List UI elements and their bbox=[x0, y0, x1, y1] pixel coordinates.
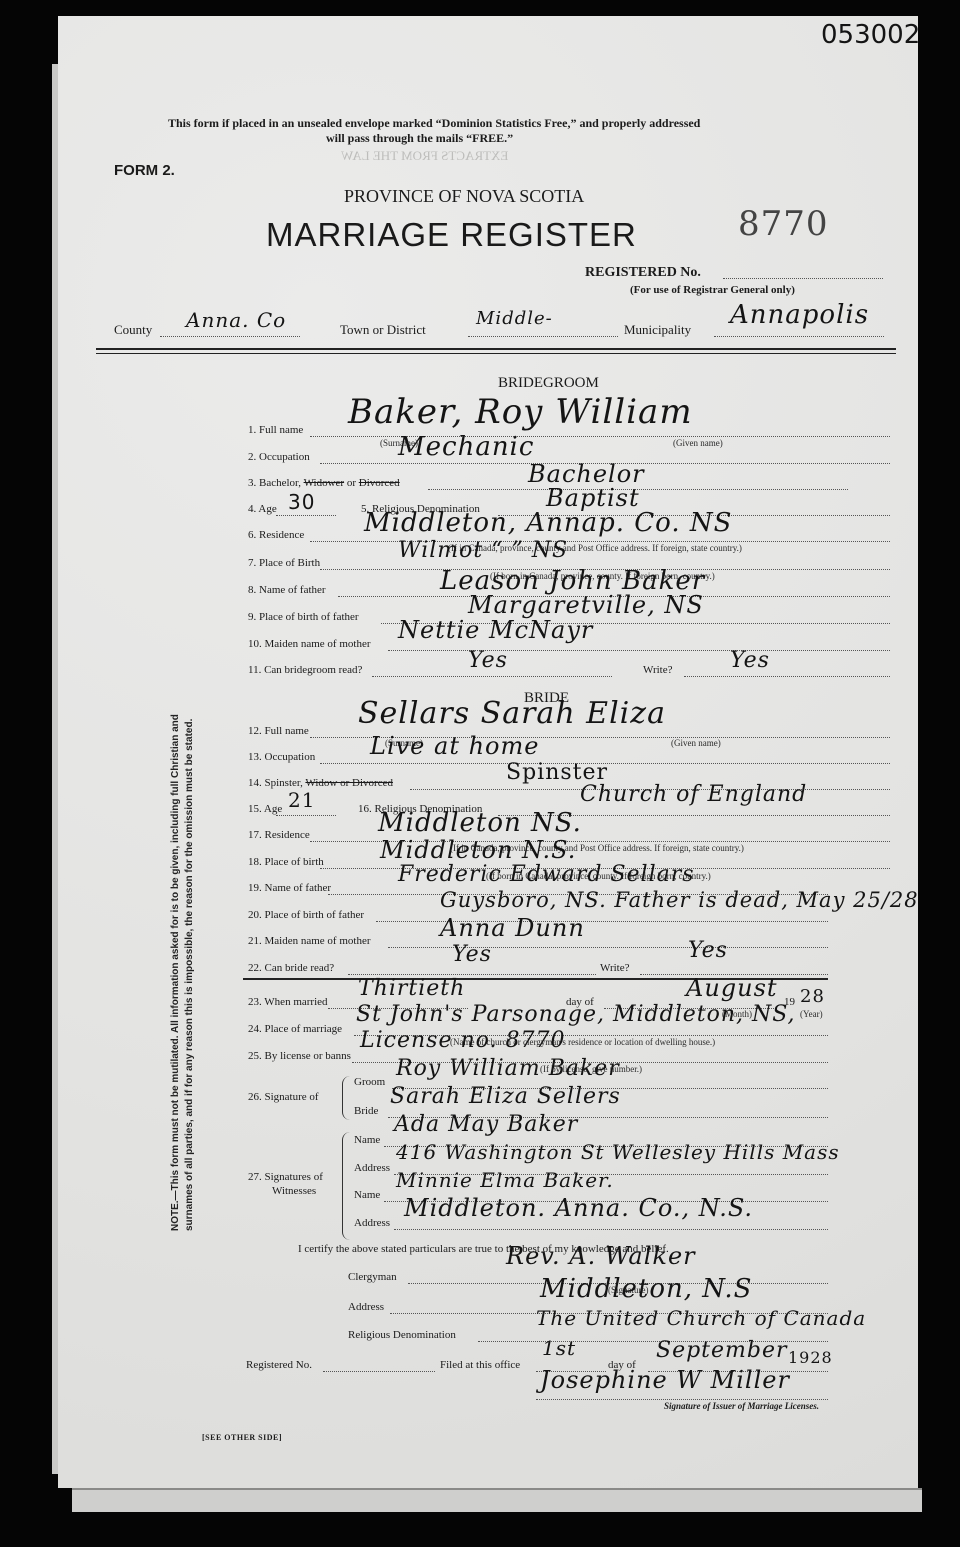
bride-residence-value: Middleton NS. bbox=[378, 808, 582, 838]
registered-no-note: (For use of Registrar General only) bbox=[630, 284, 795, 296]
marriage-register-form: 053002 This form if placed in an unseale… bbox=[58, 16, 918, 1488]
witness1-name-value: Ada May Baker bbox=[394, 1112, 578, 1137]
groom-birthplace-value: Wilmot “ ” NS bbox=[398, 538, 568, 563]
place-of-marriage-label: 24. Place of marriage bbox=[248, 1023, 342, 1035]
clergyman-denomination-label: Religious Denomination bbox=[348, 1329, 456, 1341]
bleed-through-text: EXTRACTS FROM THE LAW bbox=[341, 148, 508, 164]
bride-birthplace-label: 18. Place of birth bbox=[248, 856, 324, 868]
province-heading: PROVINCE OF NOVA SCOTIA bbox=[344, 186, 584, 207]
dotted-line bbox=[372, 676, 612, 677]
dotted-line bbox=[394, 1229, 828, 1230]
place-of-marriage-value: St John's Parsonage, Middleton, NS, bbox=[356, 1002, 796, 1027]
bride-age-value: 21 bbox=[288, 788, 315, 812]
county-line bbox=[160, 336, 300, 337]
postal-notice-line1: This form if placed in an unsealed envel… bbox=[168, 116, 700, 131]
municipality-line bbox=[714, 336, 884, 337]
filed-label: Filed at this office bbox=[440, 1359, 520, 1371]
dotted-line bbox=[276, 815, 336, 816]
dotted-line bbox=[310, 436, 890, 437]
municipality-value: Annapolis bbox=[730, 300, 869, 330]
issuer-signature-value: Josephine W Miller bbox=[540, 1366, 790, 1394]
dotted-line bbox=[536, 1399, 828, 1400]
bride-father-name-value: Frederic Edward Sellars bbox=[398, 862, 695, 887]
page-title: MARRIAGE REGISTER bbox=[266, 216, 637, 254]
bride-full-name-label: 12. Full name bbox=[248, 725, 309, 737]
bride-full-name-value: Sellars Sarah Eliza bbox=[358, 696, 666, 731]
bride-religion-value: Church of England bbox=[580, 782, 807, 807]
groom-can-read-value: Yes bbox=[468, 648, 508, 673]
bride-occupation-value: Live at home bbox=[370, 732, 539, 760]
postal-notice-line2: will pass through the mails “FREE.” bbox=[326, 131, 513, 146]
when-married-day-value: Thirtieth bbox=[358, 976, 465, 1001]
bride-occupation-label: 13. Occupation bbox=[248, 751, 315, 763]
groom-age-label: 4. Age bbox=[248, 503, 277, 515]
groom-can-write-value: Yes bbox=[730, 648, 770, 673]
bride-mother-maiden-label: 21. Maiden name of mother bbox=[248, 935, 371, 947]
groom-status-label: 3. Bachelor, Widower or Divorced bbox=[248, 477, 400, 489]
side-note-line1: NOTE.—This form must not be mutilated. A… bbox=[170, 714, 181, 1231]
form-label: FORM 2. bbox=[114, 162, 175, 179]
groom-father-name-label: 8. Name of father bbox=[248, 584, 326, 596]
dotted-line bbox=[276, 515, 336, 516]
groom-father-birthplace-label: 9. Place of birth of father bbox=[248, 611, 359, 623]
groom-can-read-label: 11. Can bridegroom read? bbox=[248, 664, 362, 676]
license-value: License no. 8770 bbox=[360, 1028, 565, 1053]
registered-no-footer-label: Registered No. bbox=[246, 1359, 312, 1371]
groom-birthplace-label: 7. Place of Birth bbox=[248, 557, 320, 569]
filed-month-value: September bbox=[656, 1338, 788, 1363]
signature-of-label: 26. Signature of bbox=[248, 1091, 319, 1103]
municipality-label: Municipality bbox=[624, 322, 691, 338]
side-note-line2: surnames of all parties, and if for any … bbox=[184, 719, 195, 1231]
underlying-page bbox=[72, 1488, 922, 1512]
dotted-line bbox=[388, 650, 890, 651]
bride-can-write-label: Write? bbox=[600, 962, 629, 974]
witnesses-label: 27. Signatures of bbox=[248, 1171, 323, 1183]
bride-can-read-label: 22. Can bride read? bbox=[248, 962, 334, 974]
year-caption: (Year) bbox=[800, 1009, 823, 1019]
town-line bbox=[468, 336, 618, 337]
town-label: Town or District bbox=[340, 322, 426, 338]
dotted-line bbox=[323, 1371, 435, 1372]
groom-residence-value: Middleton, Annap. Co. NS bbox=[364, 508, 732, 538]
witness2-address-value: Middleton. Anna. Co., N.S. bbox=[404, 1194, 753, 1222]
registered-no-label: REGISTERED No. bbox=[585, 265, 701, 281]
bridegroom-heading: BRIDEGROOM bbox=[498, 375, 599, 392]
bride-can-read-value: Yes bbox=[452, 942, 492, 967]
license-label: 25. By license or banns bbox=[248, 1050, 351, 1062]
bride-age-label: 15. Age bbox=[248, 803, 282, 815]
groom-signature-label: Groom bbox=[354, 1076, 385, 1088]
header-divider bbox=[96, 348, 896, 350]
county-value: Anna. Co bbox=[186, 308, 286, 332]
header-divider-thin bbox=[96, 353, 896, 354]
title-handwritten-number: 8770 bbox=[738, 204, 829, 244]
groom-mother-maiden-value: Nettie McNayr bbox=[398, 616, 593, 644]
dotted-line bbox=[348, 974, 596, 975]
groom-can-write-label: Write? bbox=[643, 664, 672, 676]
groom-signature-value: Roy William Baker bbox=[396, 1056, 620, 1081]
bride-signature-value: Sarah Eliza Sellers bbox=[390, 1084, 621, 1109]
groom-occupation-value: Mechanic bbox=[398, 432, 534, 462]
groom-age-value: 30 bbox=[288, 490, 315, 514]
clergyman-value: Rev. A. Walker bbox=[506, 1242, 696, 1270]
bride-signature-label: Bride bbox=[354, 1105, 378, 1117]
witnesses-label-2: Witnesses bbox=[272, 1185, 316, 1197]
clergyman-address-label: Address bbox=[348, 1301, 384, 1313]
groom-father-birthplace-value: Margaretville, NS bbox=[468, 591, 704, 619]
clergyman-denomination-value: The United Church of Canada bbox=[536, 1306, 866, 1330]
county-label: County bbox=[114, 322, 152, 338]
brace bbox=[342, 1076, 351, 1120]
clergyman-label: Clergyman bbox=[348, 1271, 397, 1283]
bride-can-write-value: Yes bbox=[688, 938, 728, 963]
groom-occupation-label: 2. Occupation bbox=[248, 451, 310, 463]
clergyman-address-value: Middleton, N.S bbox=[540, 1274, 752, 1304]
groom-full-name-label: 1. Full name bbox=[248, 424, 303, 436]
groom-full-name-value: Baker, Roy William bbox=[348, 392, 693, 432]
witness1-name-label: Name bbox=[354, 1134, 380, 1146]
filed-day-value: 1st bbox=[542, 1336, 576, 1360]
bride-birthplace-value: Middleton N.S. bbox=[380, 836, 576, 864]
dotted-line bbox=[310, 541, 890, 542]
bride-father-name-label: 19. Name of father bbox=[248, 882, 331, 894]
brace bbox=[342, 1132, 351, 1240]
town-value: Middle- bbox=[476, 308, 553, 329]
witness2-name-label: Name bbox=[354, 1189, 380, 1201]
archive-number: 053002 bbox=[821, 20, 920, 50]
dotted-line bbox=[684, 676, 890, 677]
bride-status-label: 14. Spinster, Widow or Divorced bbox=[248, 777, 393, 789]
witness1-address-value: 416 Washington St Wellesley Hills Mass bbox=[396, 1140, 840, 1164]
bride-mother-maiden-value: Anna Dunn bbox=[440, 914, 585, 942]
given-name-caption: (Given name) bbox=[673, 438, 723, 448]
groom-mother-maiden-label: 10. Maiden name of mother bbox=[248, 638, 371, 650]
groom-residence-label: 6. Residence bbox=[248, 529, 304, 541]
when-married-label: 23. When married bbox=[248, 996, 328, 1008]
see-other-side-note: [SEE OTHER SIDE] bbox=[202, 1433, 282, 1442]
bride-father-birthplace-value: Guysboro, NS. Father is dead, May 25/28 bbox=[440, 888, 919, 912]
witness2-name-value: Minnie Elma Baker. bbox=[396, 1168, 614, 1192]
given-name-caption: (Given name) bbox=[671, 738, 721, 748]
witness2-address-label: Address bbox=[354, 1217, 390, 1229]
bride-father-birthplace-label: 20. Place of birth of father bbox=[248, 909, 364, 921]
registered-no-line bbox=[723, 278, 883, 279]
when-married-month-value: August bbox=[686, 974, 778, 1002]
when-married-year-value: 28 bbox=[800, 986, 825, 1007]
witness1-address-label: Address bbox=[354, 1162, 390, 1174]
filed-year-value: 1928 bbox=[788, 1348, 833, 1367]
issuer-caption: Signature of Issuer of Marriage Licenses… bbox=[664, 1401, 819, 1411]
bride-residence-label: 17. Residence bbox=[248, 829, 310, 841]
